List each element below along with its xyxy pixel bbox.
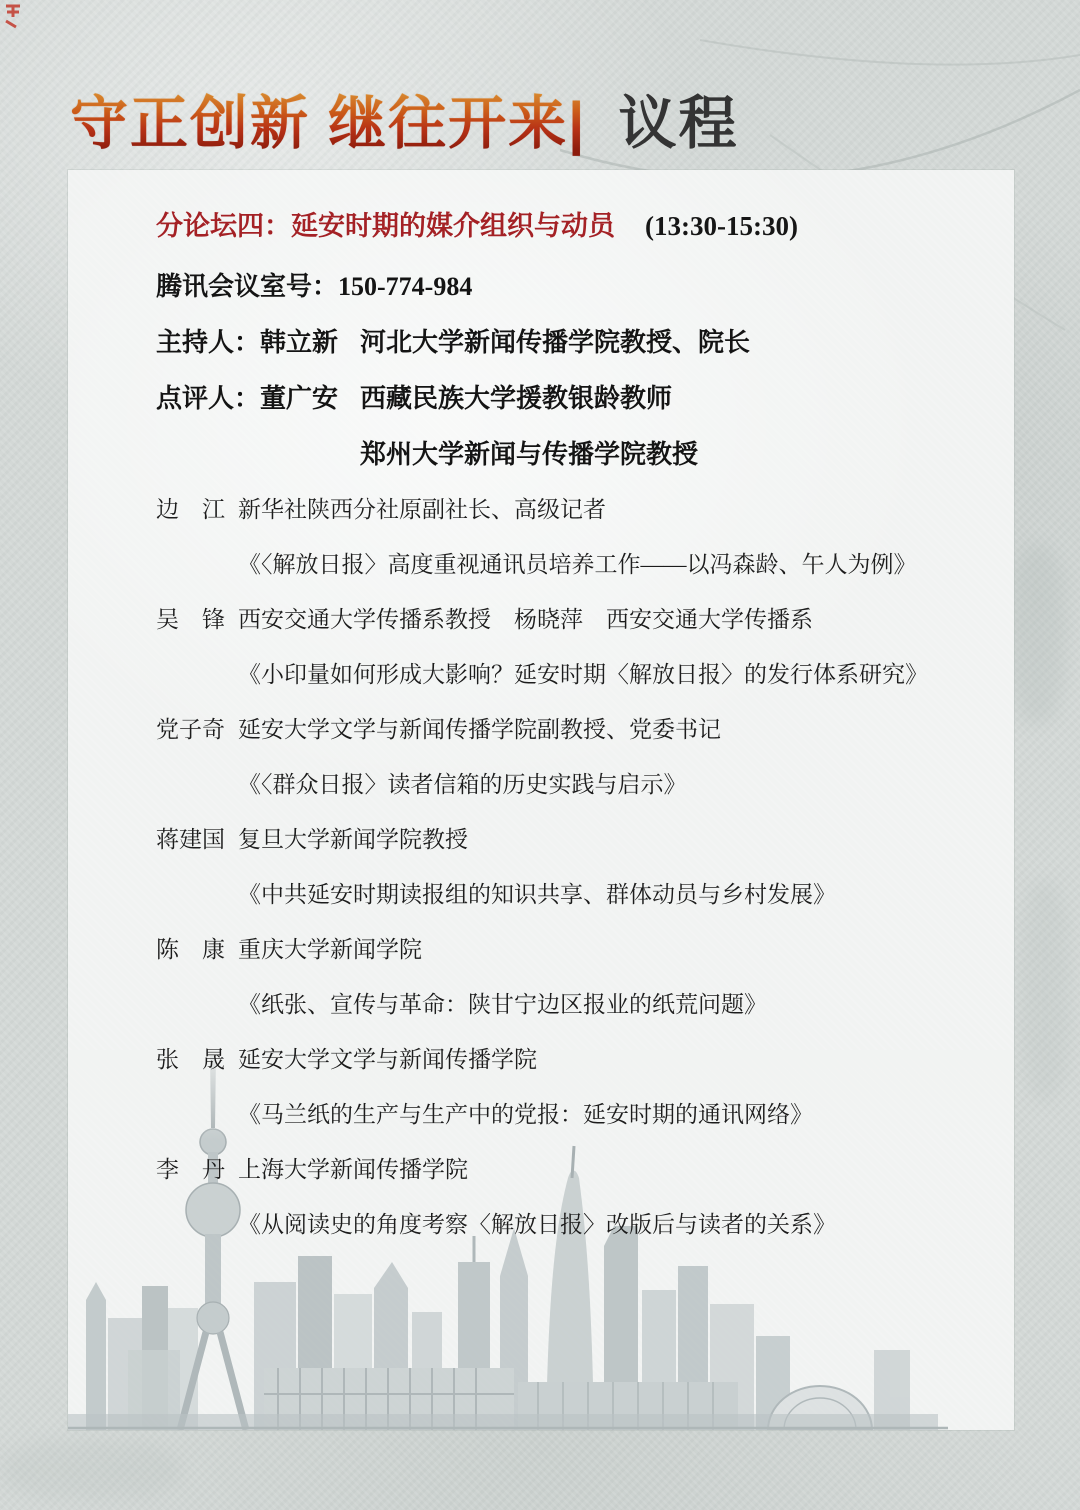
speaker-affiliation: 西安交通大学传播系教授 杨晓萍 西安交通大学传播系 bbox=[238, 607, 813, 632]
speaker-row: 边 江新华社陕西分社原副社长、高级记者 bbox=[156, 495, 978, 525]
agenda-poster: 守正创新 继往开来| 议程 bbox=[0, 0, 1080, 1510]
meeting-room-number: 150-774-984 bbox=[338, 272, 472, 301]
paper-title: 《中共延安时期读报组的知识共享、群体动员与乡村发展》 bbox=[238, 880, 978, 910]
speaker-affiliation: 重庆大学新闻学院 bbox=[238, 937, 422, 962]
reviewer-affiliation-2: 郑州大学新闻与传播学院教授 bbox=[360, 440, 698, 469]
meeting-room-line: 腾讯会议室号：150-774-984 bbox=[156, 271, 978, 303]
speaker-row: 蒋建国复旦大学新闻学院教授 bbox=[156, 825, 978, 855]
speaker-name: 陈 康 bbox=[156, 935, 226, 965]
corner-red-mark bbox=[4, 3, 26, 29]
speaker-name: 边 江 bbox=[156, 495, 226, 525]
reviewer-affiliation-1: 西藏民族大学援教银龄教师 bbox=[360, 384, 672, 413]
session-heading: 分论坛四：延安时期的媒介组织与动员 bbox=[156, 211, 615, 241]
speaker-name: 李 丹 bbox=[156, 1155, 226, 1185]
speaker-row: 陈 康重庆大学新闻学院 bbox=[156, 935, 978, 965]
reviewer-label: 点评人： bbox=[156, 384, 260, 413]
paper-title: 《小印量如何形成大影响？延安时期〈解放日报〉的发行体系研究》 bbox=[238, 660, 978, 690]
speaker-name: 党子奇 bbox=[156, 715, 226, 745]
reviewer-line-2: 郑州大学新闻与传播学院教授 bbox=[156, 439, 978, 471]
speaker-row: 党子奇延安大学文学与新闻传播学院副教授、党委书记 bbox=[156, 715, 978, 745]
ghost-print-smudge bbox=[0, 1440, 180, 1500]
page-title-dark: 议程 bbox=[618, 91, 738, 156]
speaker-name: 蒋建国 bbox=[156, 825, 226, 855]
host-affiliation: 河北大学新闻传播学院教授、院长 bbox=[360, 328, 750, 357]
paper-title: 《〈群众日报〉读者信箱的历史实践与启示》 bbox=[238, 770, 978, 800]
ghost-print-smudge bbox=[1008, 545, 1066, 725]
reviewer-line: 点评人：董广安西藏民族大学援教银龄教师 bbox=[156, 383, 978, 415]
meeting-room-label: 腾讯会议室号： bbox=[156, 272, 338, 301]
session-heading-line: 分论坛四：延安时期的媒介组织与动员 (13:30-15:30) bbox=[156, 210, 978, 247]
speaker-row: 张 晟延安大学文学与新闻传播学院 bbox=[156, 1045, 978, 1075]
speaker-affiliation: 复旦大学新闻学院教授 bbox=[238, 827, 468, 852]
ghost-print-smudge bbox=[1020, 880, 1070, 1100]
speaker-affiliation: 延安大学文学与新闻传播学院 bbox=[238, 1047, 537, 1072]
session-time: (13:30-15:30) bbox=[645, 211, 798, 241]
paper-title: 《〈解放日报〉高度重视通讯员培养工作——以冯森龄、午人为例》 bbox=[238, 550, 978, 580]
speaker-affiliation: 延安大学文学与新闻传播学院副教授、党委书记 bbox=[238, 717, 721, 742]
host-line: 主持人：韩立新河北大学新闻传播学院教授、院长 bbox=[156, 327, 978, 359]
paper-title: 《马兰纸的生产与生产中的党报：延安时期的通讯网络》 bbox=[238, 1100, 978, 1130]
speaker-row: 李 丹上海大学新闻传播学院 bbox=[156, 1155, 978, 1185]
page-title: 守正创新 继往开来| 议程 bbox=[70, 76, 738, 160]
speaker-affiliation: 新华社陕西分社原副社长、高级记者 bbox=[238, 497, 606, 522]
paper-title: 《从阅读史的角度考察〈解放日报〉改版后与读者的关系》 bbox=[238, 1210, 978, 1240]
host-label: 主持人： bbox=[156, 328, 260, 357]
page-title-red: 守正创新 继往开来| bbox=[70, 91, 586, 156]
host-name: 韩立新 bbox=[260, 328, 338, 357]
speaker-row: 吴 锋西安交通大学传播系教授 杨晓萍 西安交通大学传播系 bbox=[156, 605, 978, 635]
agenda-panel: 分论坛四：延安时期的媒介组织与动员 (13:30-15:30) 腾讯会议室号：1… bbox=[68, 170, 1014, 1430]
speaker-affiliation: 上海大学新闻传播学院 bbox=[238, 1157, 468, 1182]
speaker-name: 吴 锋 bbox=[156, 605, 226, 635]
reviewer-name: 董广安 bbox=[260, 384, 338, 413]
paper-title: 《纸张、宣传与革命：陕甘宁边区报业的纸荒问题》 bbox=[238, 990, 978, 1020]
speaker-name: 张 晟 bbox=[156, 1045, 226, 1075]
